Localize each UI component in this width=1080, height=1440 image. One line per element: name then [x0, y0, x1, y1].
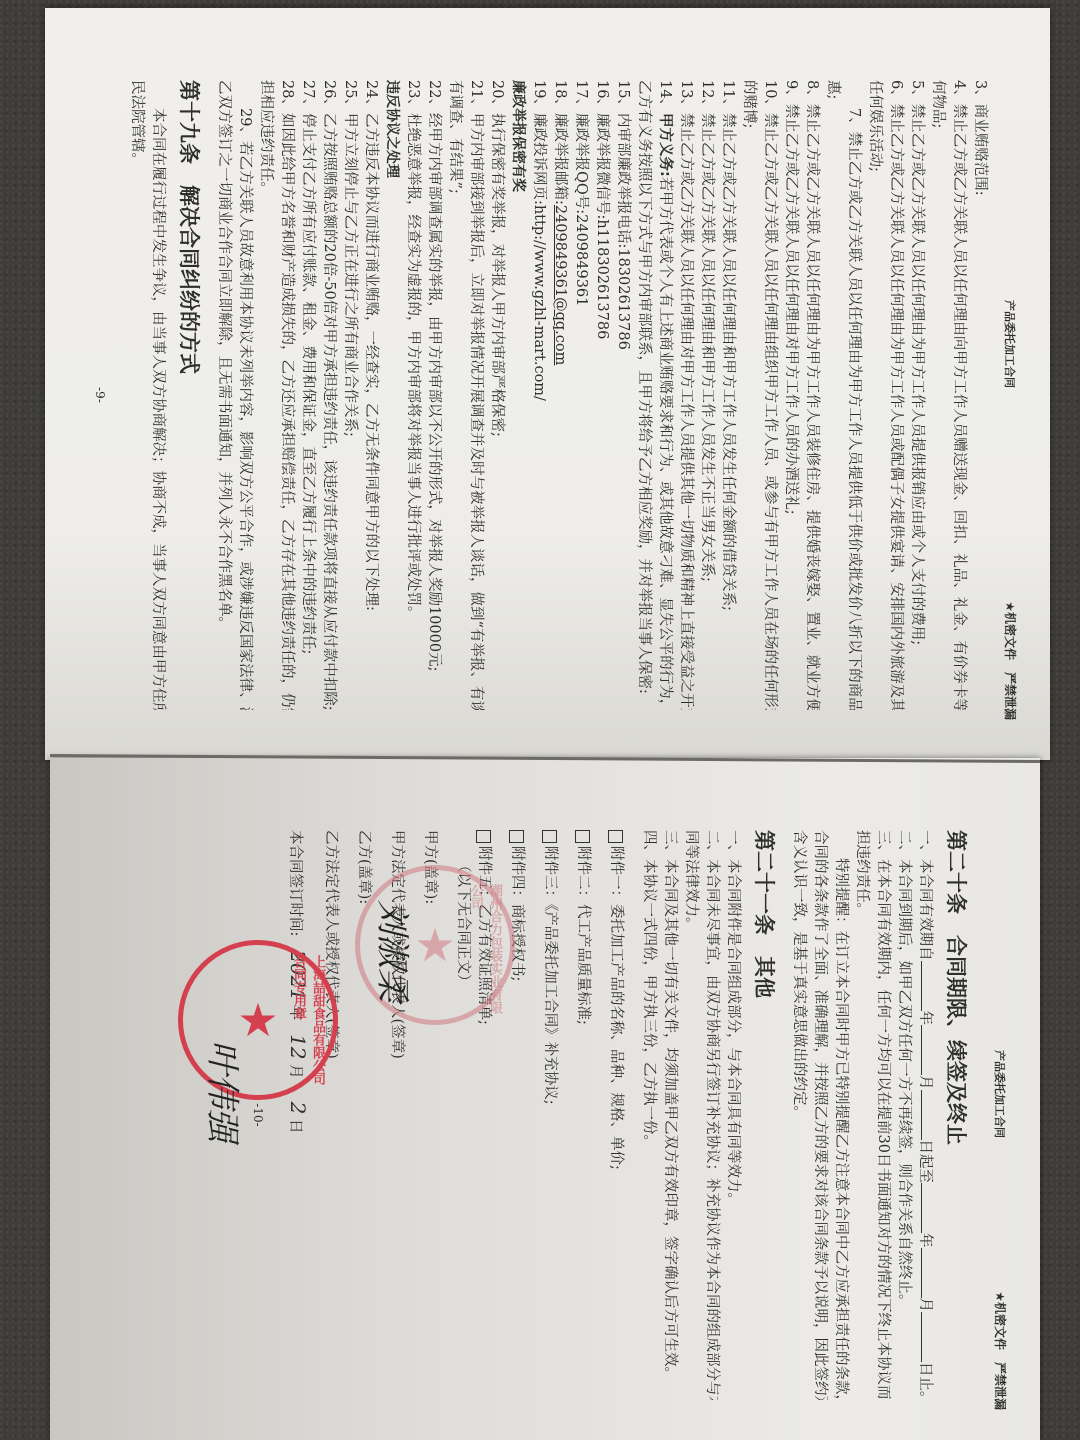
clause-20: 20、执行保密有奖举报，对举报人甲方内审部严格保密;	[486, 80, 507, 710]
a20-item-3: 三、在本合同有效期内，任何一方均可以在提前30日书面通知对方的情况下终止本协议而…	[872, 830, 893, 1400]
clause-7-cont: 惠;	[822, 80, 843, 710]
clause-9: 9、禁止乙方或乙方关联人员以任何理由对甲方工作人员的办酒送礼;	[780, 80, 801, 710]
special-notice-3: 含义认识一致，是基于真实意思做出的约定。	[788, 830, 809, 1400]
page-number-9: -9-	[89, 80, 110, 710]
a20-item-3-cont: 担违约责任。	[851, 830, 872, 1400]
attachment-3-checkbox[interactable]	[543, 830, 558, 843]
clause-10-cont: 的赌博;	[738, 80, 759, 710]
clause-29: 29、若乙方关联人员故意利用本协议未列举内容，影响双方公平合作，或涉嫌违反国家法…	[234, 80, 255, 710]
star-icon: ★	[237, 993, 278, 1047]
contact-email: 18、廉政举报邮箱:2409849361@qq.com	[549, 80, 570, 710]
clause-6-cont: 任何娱乐活动;	[864, 80, 885, 710]
clause-29-cont: 乙双方签订之一切商业合作合同立即解除，且无需书面通知，并列入永不合作黑名单。	[213, 80, 234, 710]
clause-14: 14、甲方义务:若甲方代表或个人有上述商业贿赂要求和行为、或其他故意刁难、显失公…	[654, 80, 675, 710]
contact-wechat: 16、廉政举报微信号:h118302613786	[591, 80, 612, 710]
clause-13: 13、禁止乙方或乙方关联人员以任何理由对甲方工作人员提供其他一切物质和精神上直接…	[675, 80, 696, 710]
article-19-text: 本合同在履行过程中发生争议，由当事人双方协商解决；协商不成，当事人双方同意由甲方…	[147, 80, 168, 710]
contact-phone: 15、内审部廉政举报电话:18302613786	[612, 80, 633, 710]
clause-23: 23、杜绝恶意举报，经查实为虚报的，甲方内审部将对举报当事人进行批评或处罚。	[402, 80, 423, 710]
party-a-signature: 刘淑柔	[371, 900, 420, 1002]
reward-heading: 廉政举报保密有奖	[507, 80, 528, 710]
page-number-10: -10-	[247, 830, 268, 1400]
clause-27: 27、停止支付乙方所有应付账款、租金、费用和保证金，直至乙方履行上条中的违约责任…	[297, 80, 318, 710]
doc-title-10: 产品委托加工合同	[989, 1050, 1010, 1138]
clause-12: 12、禁止乙方或乙方关联人员以任何理由和甲方工作人员发生不正当男女关系;	[696, 80, 717, 710]
confidential-mark-10: ★机密文件 严禁泄漏	[989, 1291, 1010, 1410]
clause-11: 11、禁止乙方或乙方关联人员以任何理由和甲方工作人员发生任何金额的借贷关系;	[717, 80, 738, 710]
star-icon: ★	[414, 918, 455, 972]
clause-28: 28、如因此给甲方名誉和财产造成损失的，乙方还应承担赔偿责任，乙方存在其他违约责…	[276, 80, 297, 710]
clause-3: 3、商业贿赂范围:	[969, 80, 990, 710]
clause-14-cont: 乙方有义务按照以下方式与甲方内审部联系，且甲方将给予乙方相应奖励，并对举报当事人…	[633, 80, 654, 710]
page-9: 产品委托加工合同 ★机密文件 严禁泄漏 3、商业贿赂范围: 4、禁止乙方或乙方关…	[70, 40, 1030, 740]
clause-24: 24、乙方违反本协议而进行商业贿赂，一经查实，乙方无条件同意甲方的以下处理:	[360, 80, 381, 710]
attachment-1-checkbox[interactable]	[609, 830, 624, 843]
a21-item-1: 一、本合同附件是合同组成部分，与本合同具有同等效力。	[722, 830, 743, 1400]
attachment-1: 附件一：委托加工产品的名称、品种、规格、单价;	[605, 830, 626, 1400]
party-b-rep-label: 乙方法定代表人或授权代表人(签章)	[320, 830, 341, 1400]
clause-26: 26、乙方按照贿赂总额的20倍-50倍对甲方承担违约责任，该违约责任款项将直接从…	[318, 80, 339, 710]
contact-qq: 17、廉政举报QQ号:2409849361	[570, 80, 591, 710]
clause-21-cont: 有调查、有结果”;	[444, 80, 465, 710]
clause-4-cont: 何物品;	[927, 80, 948, 710]
clause-6: 6、禁止乙方或乙方关联人员以任何理由为甲方工作人员或配偶子女提供宴请、安排国内外…	[885, 80, 906, 710]
article-20-title: 第二十条 合同期限、续签及终止	[945, 830, 966, 1400]
attachment-2-checkbox[interactable]	[576, 830, 591, 843]
clause-22: 22、经甲方内审部调查属实的举报，由甲方内审部以不公开的形式，对举报人奖励100…	[423, 80, 444, 710]
party-b-signature: 叶伟强	[201, 1040, 250, 1142]
a21-item-3: 三、本合同及其他一切有关文件，均须加盖甲乙双方有效印章，签字确认后方可生效。	[659, 830, 680, 1400]
clause-5: 5、禁止乙方或乙方关联人员以任何理由为甲方工作人员提供报销应由或个人支付的费用;	[906, 80, 927, 710]
a21-item-2-cont: 同等法律效力。	[680, 830, 701, 1400]
breach-heading: 违反协议之处理	[381, 80, 402, 710]
confidential-mark: ★机密文件 严禁泄漏	[999, 601, 1020, 720]
web-link[interactable]: http://www.gzhl-mart.com/	[531, 205, 547, 401]
email-link[interactable]: 2409849361@qq.com	[552, 205, 568, 366]
article-19-title: 第十九条 解决合同纠纷的方式	[178, 80, 199, 710]
clause-21: 21、甲方内审部接到举报后，立即对举报情况开展调查并及时与被举报人谈话，做到“有…	[465, 80, 486, 710]
a21-item-4: 四、本协议一式四份，甲方执三份，乙方执一份。	[638, 830, 659, 1400]
clause-25: 25、甲方立刻停止与乙方正在进行之所有商业合作关系;	[339, 80, 360, 710]
article-19-text-cont: 民法院管辖。	[126, 80, 147, 710]
special-notice: 特别提醒：在订立本合同时甲方已特别提醒乙方注意本合同中乙方应承担责任的条款，乙方…	[830, 830, 851, 1400]
attachment-3: 附件三：《产品委托加工合同》补充协议;	[539, 830, 560, 1400]
attachment-4-checkbox[interactable]	[510, 830, 525, 843]
clause-28-cont: 担相应违约责任。	[255, 80, 276, 710]
clause-7: 7、禁止乙方或乙方关联人员以任何理由为甲方工作人员提供低于供价或批发价八折以下的…	[843, 80, 864, 710]
contact-web: 19、廉政投诉网页:http://www.gzhl-mart.com/	[528, 80, 549, 710]
clause-10: 10、禁止乙方或乙方关联人员以任何理由组织甲方工作人员、或参与有甲方工作人员在场…	[759, 80, 780, 710]
article-21-title: 第二十一条 其他	[753, 830, 774, 1400]
clause-4: 4、禁止乙方或乙方关联人员以任何理由向甲方工作人员赠送现金、回扣、礼品、礼金、有…	[948, 80, 969, 710]
attachment-2: 附件二：代工产品质量标准;	[572, 830, 593, 1400]
attachment-5-checkbox[interactable]	[477, 830, 492, 843]
clause-8: 8、禁止乙方或乙方关联人员以任何理由为甲方工作人员装修住房、提供婚丧嫁娶、置业、…	[801, 80, 822, 710]
sign-date-day: 2	[286, 1102, 308, 1115]
sign-date: 本合同签订时间: 2021 年 12 月 2 日	[284, 830, 308, 1400]
doc-title: 产品委托加工合同	[999, 300, 1020, 388]
special-notice-2: 合同的各条款作了全面、准确理解，并按照乙方的要求对该合同条款予以说明，因此签约双…	[809, 830, 830, 1400]
a21-item-2: 二、本合同未尽事宜，由双方协商另行签订补充协议；补充协议作为本合同的组成部分与本…	[701, 830, 722, 1400]
a20-item-2: 二、本合同到期后，如甲乙双方任何一方不再续签，则合作关系自然终止。	[893, 830, 914, 1400]
a20-item-1: 一、本合同有效期自年月日起至年月日止。	[914, 830, 935, 1400]
